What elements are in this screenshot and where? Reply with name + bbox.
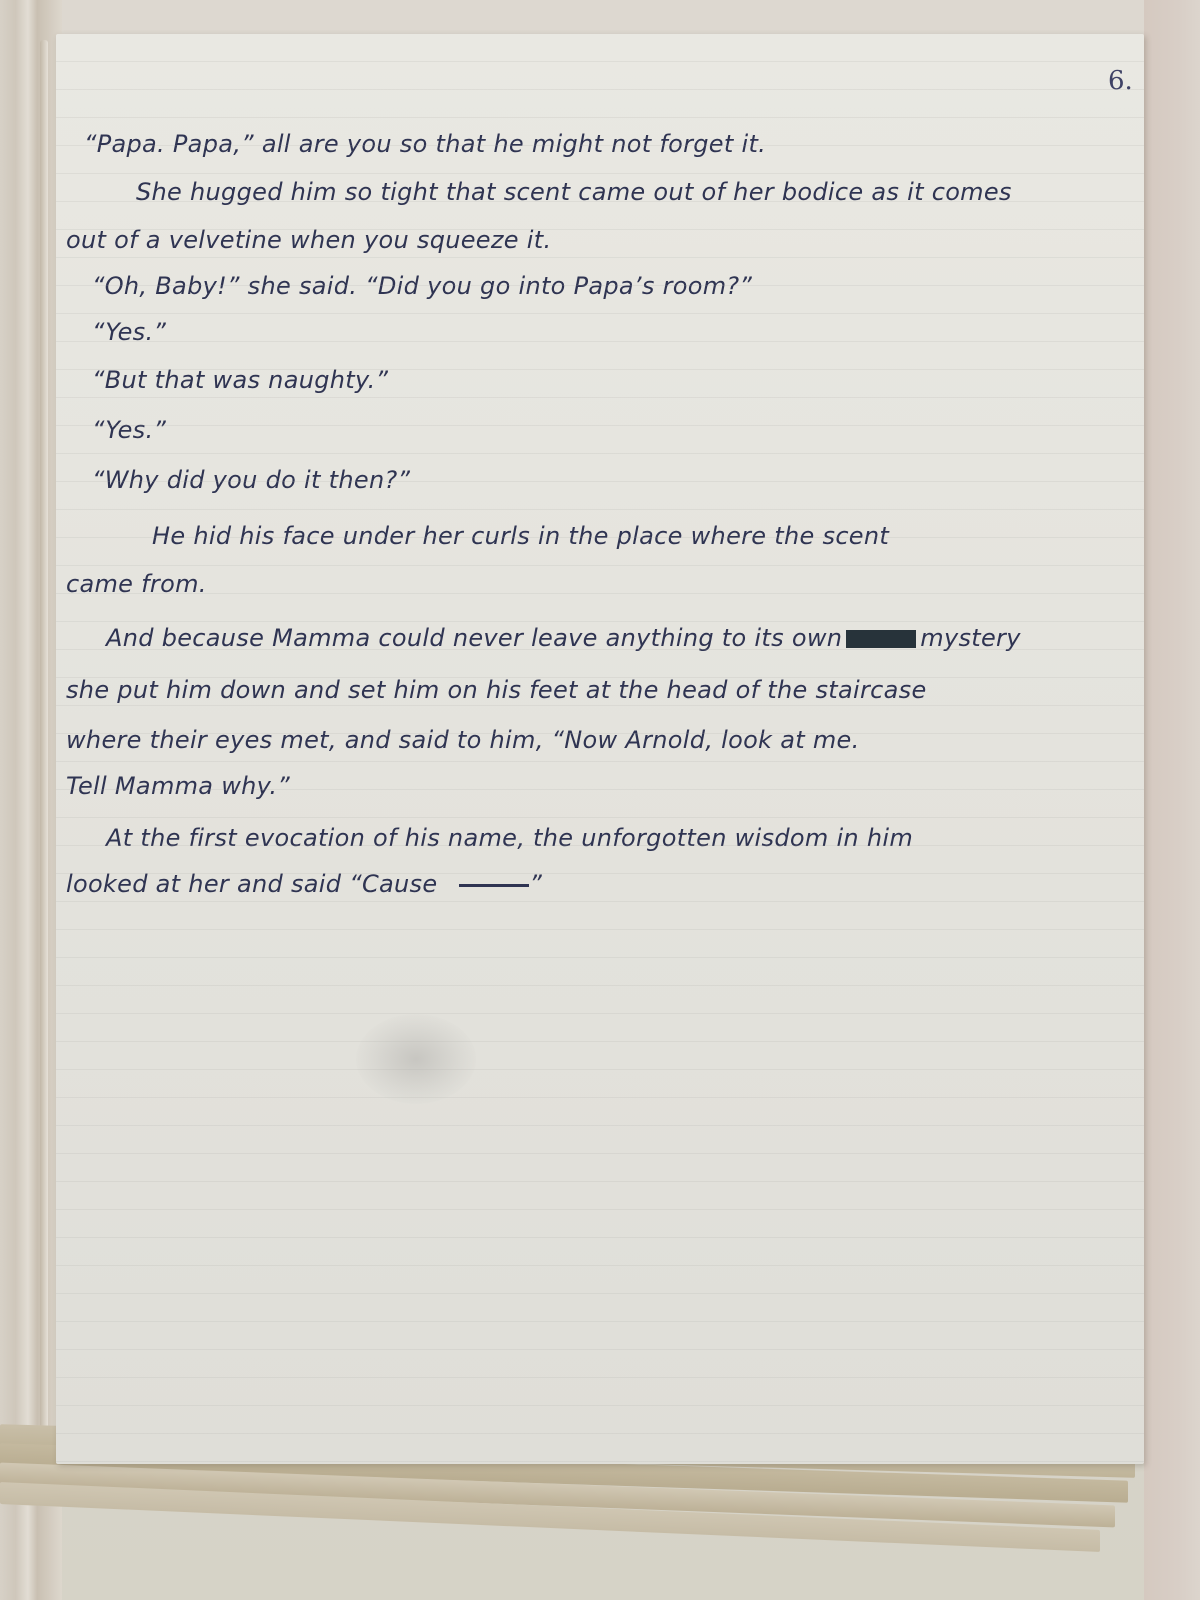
line-text: ” — [529, 870, 542, 898]
line-text: She hugged him so tight that scent came … — [136, 178, 1012, 206]
manuscript-line: Tell Mamma why.” — [66, 768, 290, 804]
manuscript-line: “But that was naughty.” — [92, 362, 388, 398]
crossed-out-word — [846, 630, 916, 648]
manuscript-line: And because Mamma could never leave anyt… — [106, 620, 1021, 656]
line-text: And because Mamma could never leave anyt… — [106, 624, 842, 652]
line-text: Tell Mamma why.” — [66, 772, 290, 800]
manuscript-line: where their eyes met, and said to him, “… — [66, 722, 860, 758]
manuscript-photo: 6. “Papa. Papa,” all are you so that he … — [0, 0, 1200, 1600]
manuscript-line: out of a velvetine when you squeeze it. — [66, 222, 551, 258]
line-text: came from. — [66, 570, 207, 598]
line-text: “Why did you do it then?” — [92, 466, 410, 494]
manuscript-page: 6. “Papa. Papa,” all are you so that he … — [56, 34, 1144, 1464]
manuscript-line: “Oh, Baby!” she said. “Did you go into P… — [92, 268, 752, 304]
manuscript-line: looked at her and said “Cause” — [66, 866, 542, 902]
line-text: where their eyes met, and said to him, “… — [66, 726, 860, 754]
line-text: mystery — [920, 624, 1020, 652]
manuscript-line: “Why did you do it then?” — [92, 462, 410, 498]
line-text: He hid his face under her curls in the p… — [152, 522, 889, 550]
em-dash-stroke — [459, 884, 529, 887]
manuscript-line: came from. — [66, 566, 207, 602]
manuscript-line: “Papa. Papa,” all are you so that he mig… — [84, 126, 766, 162]
manuscript-line: she put him down and set him on his feet… — [66, 672, 927, 708]
line-text: she put him down and set him on his feet… — [66, 676, 927, 704]
line-text: “Yes.” — [92, 416, 166, 444]
manuscript-line: At the first evocation of his name, the … — [106, 820, 913, 856]
line-text: “But that was naughty.” — [92, 366, 388, 394]
binding-edge — [0, 0, 62, 1600]
manuscript-line: She hugged him so tight that scent came … — [136, 174, 1012, 210]
line-text: At the first evocation of his name, the … — [106, 824, 913, 852]
manuscript-line: He hid his face under her curls in the p… — [152, 518, 889, 554]
spine-shadow — [40, 40, 48, 1460]
line-text: looked at her and said “Cause — [66, 870, 437, 898]
manuscript-line: “Yes.” — [92, 314, 166, 350]
smudge-mark — [356, 1014, 476, 1104]
line-text: “Papa. Papa,” all are you so that he mig… — [84, 130, 766, 158]
right-background — [1144, 0, 1200, 1600]
line-text: “Yes.” — [92, 318, 166, 346]
line-text: out of a velvetine when you squeeze it. — [66, 226, 551, 254]
page-number: 6. — [1108, 66, 1133, 96]
manuscript-line: “Yes.” — [92, 412, 166, 448]
line-text: “Oh, Baby!” she said. “Did you go into P… — [92, 272, 752, 300]
